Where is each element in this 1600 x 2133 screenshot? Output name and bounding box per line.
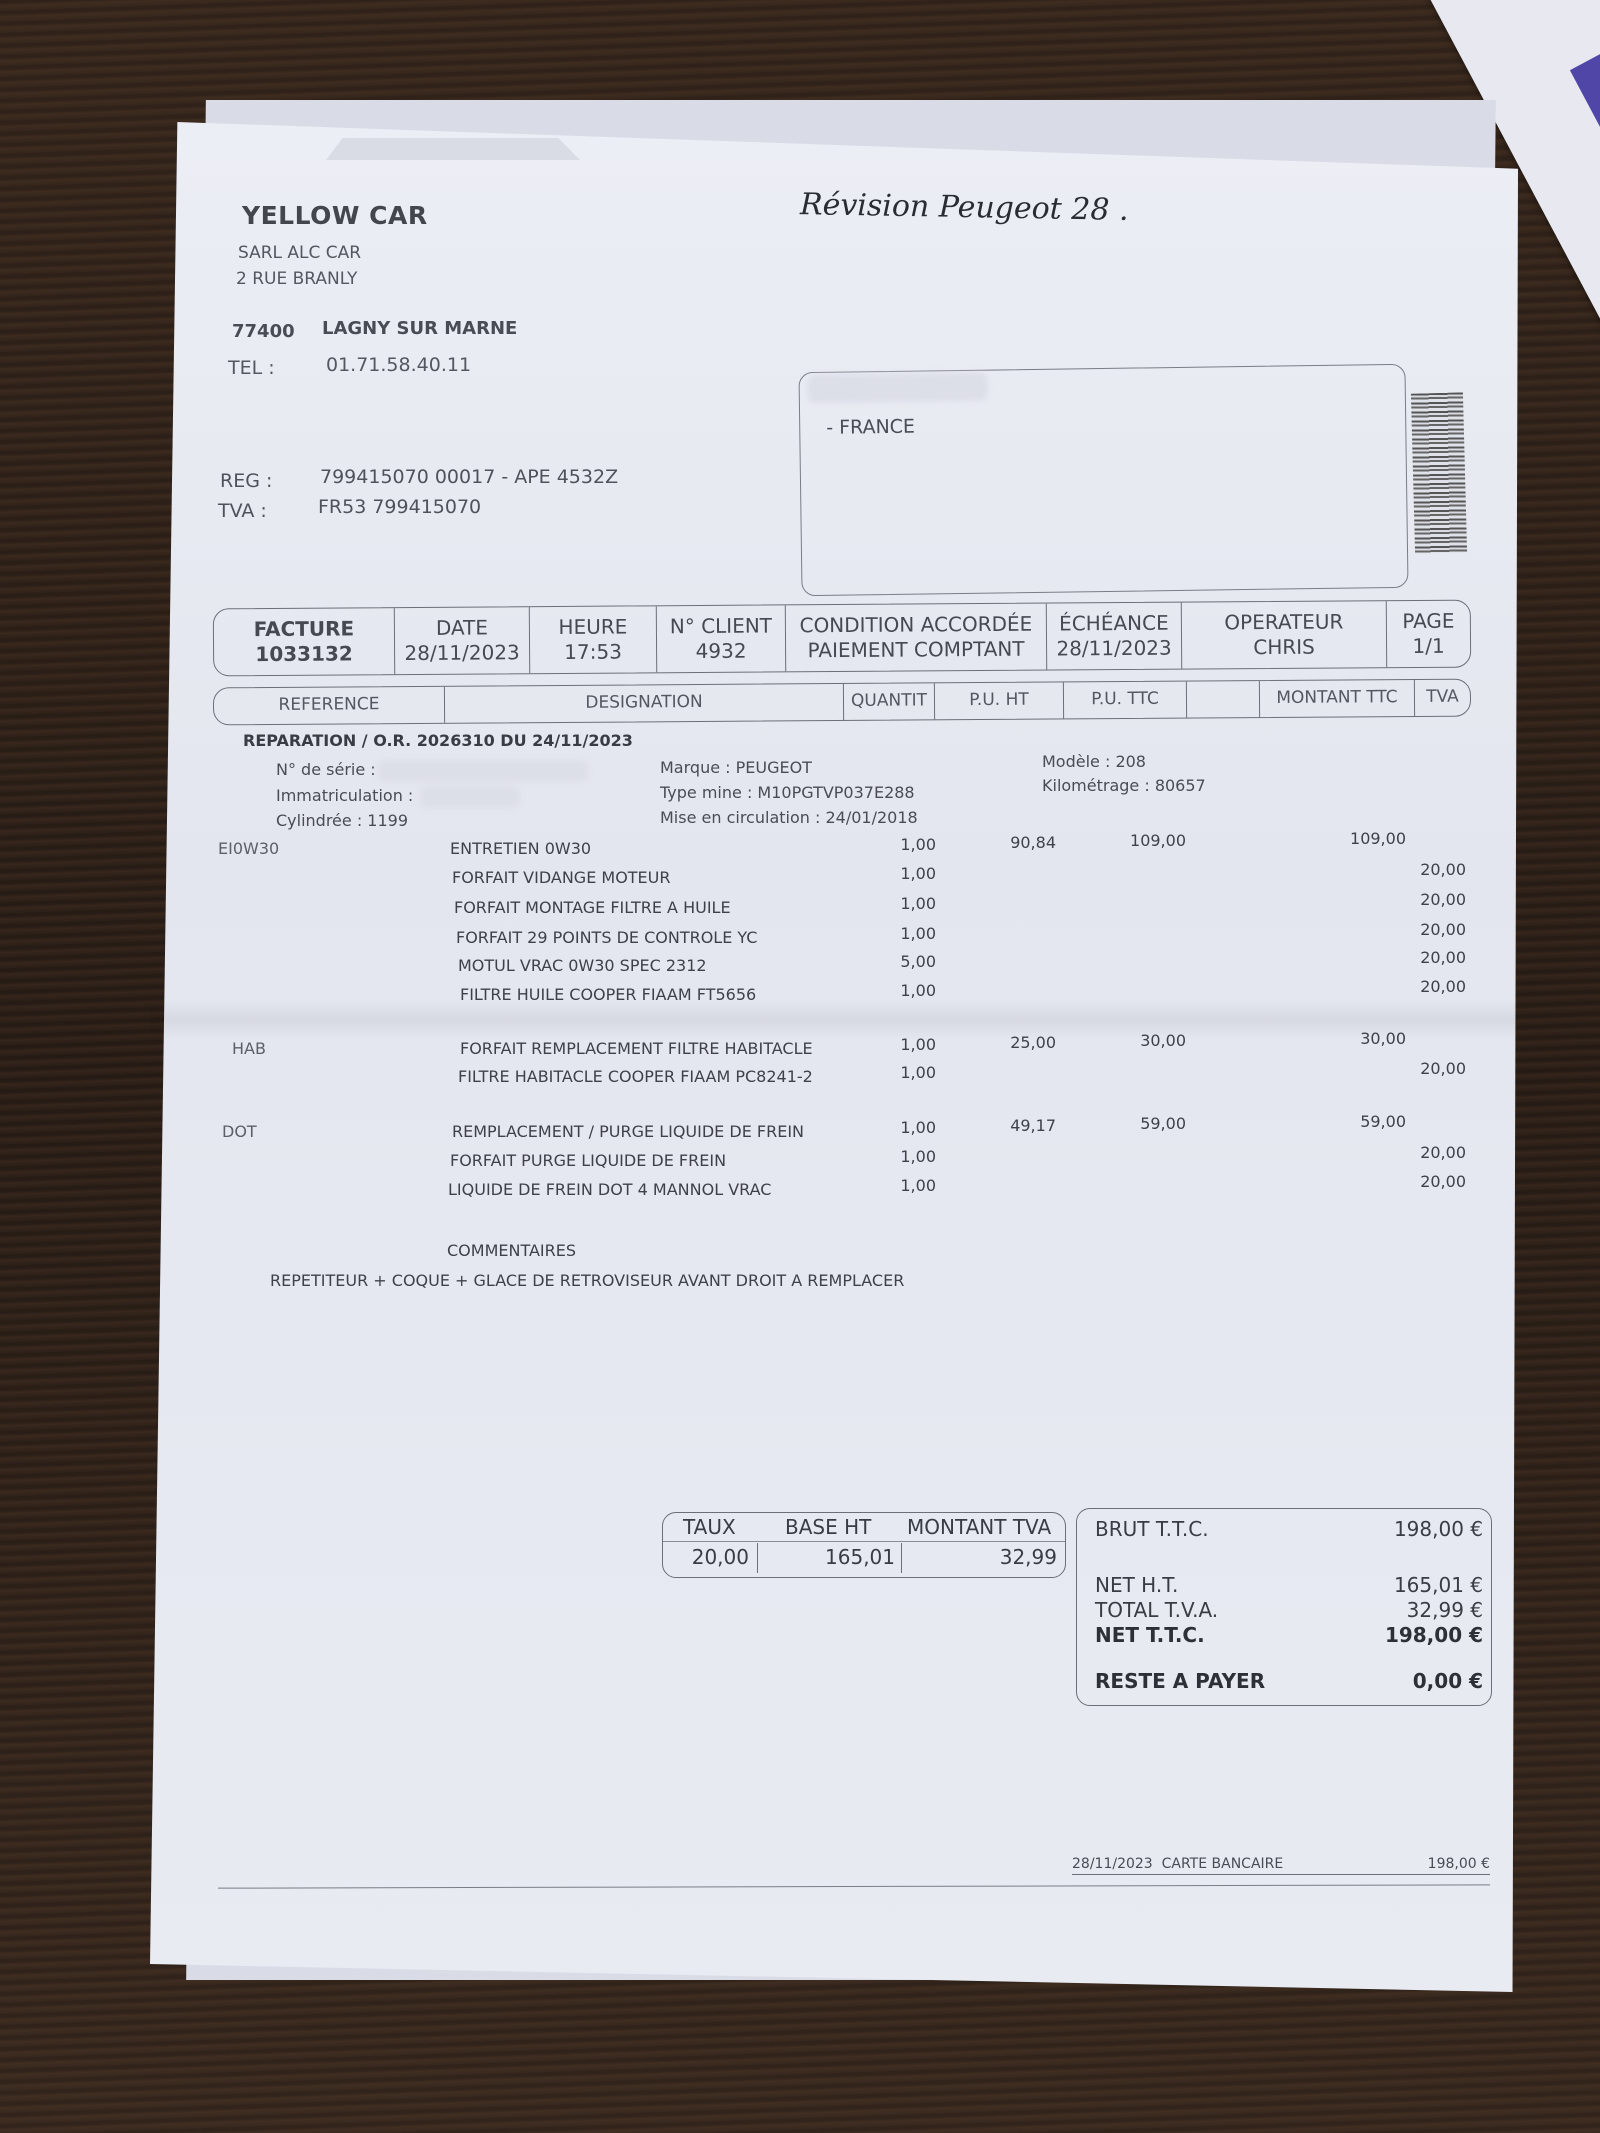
col-reference: REFERENCE — [214, 687, 445, 725]
company-street: 2 RUE BRANLY — [236, 269, 357, 289]
line-quantity: 1,00 — [850, 835, 936, 854]
line-designation: FORFAIT 29 POINTS DE CONTROLE YC — [456, 928, 757, 947]
header-cell-condition: CONDITION ACCORDÉE PAIEMENT COMPTANT — [786, 604, 1047, 672]
client-number: 4932 — [696, 639, 747, 664]
date-label: DATE — [436, 615, 488, 640]
due-date-label: ÉCHÉANCE — [1059, 611, 1169, 637]
vat-rate: 20,00 — [692, 1545, 749, 1569]
due-date: 28/11/2023 — [1056, 636, 1171, 662]
payment-condition: PAIEMENT COMPTANT — [808, 637, 1025, 664]
invoice-time: 17:53 — [564, 640, 622, 665]
vat-base-header: BASE HT — [785, 1515, 871, 1539]
line-vat-rate: 20,00 — [1380, 1143, 1466, 1162]
line-quantity: 1,00 — [850, 1147, 936, 1166]
client-country: - FRANCE — [826, 416, 915, 439]
redacted-client-name — [808, 373, 988, 404]
vehicle-brand: Marque : PEUGEOT — [660, 758, 812, 777]
col-pu-ht: P.U. HT — [935, 682, 1064, 719]
comments-text: REPETITEUR + COQUE + GLACE DE RETROVISEU… — [270, 1271, 904, 1290]
line-designation: MOTUL VRAC 0W30 SPEC 2312 — [458, 956, 707, 975]
line-quantity: 1,00 — [850, 1063, 936, 1082]
vehicle-mileage: Kilométrage : 80657 — [1042, 776, 1206, 795]
header-cell-echeance: ÉCHÉANCE 28/11/2023 — [1047, 603, 1182, 670]
reste-a-payer-value: 0,00 € — [1413, 1669, 1483, 1693]
vat-rate-header: TAUX — [683, 1515, 736, 1539]
line-quantity: 1,00 — [850, 924, 936, 943]
vehicle-first-registration: Mise en circulation : 24/01/2018 — [660, 808, 918, 827]
client-number-label: N° CLIENT — [670, 613, 772, 639]
page-number: 1/1 — [1412, 634, 1444, 659]
vehicle-type-mine: Type mine : M10PGTVP037E288 — [660, 783, 915, 802]
net-ht-label: NET H.T. — [1095, 1573, 1178, 1597]
line-amount-ttc: 30,00 — [1320, 1029, 1406, 1048]
line-vat-rate: 20,00 — [1380, 1059, 1466, 1078]
line-reference: HAB — [232, 1039, 266, 1058]
invoice-date: 28/11/2023 — [404, 640, 519, 666]
facture-label: FACTURE — [254, 616, 355, 642]
col-blank — [1187, 681, 1260, 718]
line-designation: FORFAIT PURGE LIQUIDE DE FREIN — [450, 1151, 726, 1170]
operator-label: OPERATEUR — [1224, 609, 1343, 635]
net-ttc-label: NET T.T.C. — [1095, 1623, 1205, 1647]
col-montant-ttc: MONTANT TTC — [1260, 680, 1415, 717]
tel-label: TEL : — [228, 357, 275, 379]
vat-amount-header: MONTANT TVA — [907, 1515, 1051, 1539]
line-vat-rate: 20,00 — [1380, 977, 1466, 996]
col-quantity: QUANTIT — [844, 683, 935, 720]
payment-info: 28/11/2023 CARTE BANCAIRE — [1072, 1856, 1283, 1872]
line-designation: FILTRE HABITACLE COOPER FIAAM PC8241-2 — [458, 1067, 813, 1086]
net-ht-row: NET H.T. 165,01 € — [1095, 1573, 1483, 1597]
line-designation: LIQUIDE DE FREIN DOT 4 MANNOL VRAC — [448, 1180, 771, 1199]
company-phone: 01.71.58.40.11 — [326, 354, 471, 376]
line-unit-price-ht: 49,17 — [970, 1116, 1056, 1135]
line-items-column-headers: REFERENCE DESIGNATION QUANTIT P.U. HT P.… — [213, 679, 1471, 726]
displacement: Cylindrée : 1199 — [276, 811, 408, 830]
brut-ttc-row: BRUT T.T.C. 198,00 € — [1095, 1517, 1483, 1541]
totals-box: BRUT T.T.C. 198,00 € NET H.T. 165,01 € T… — [1076, 1508, 1492, 1706]
line-quantity: 1,00 — [850, 894, 936, 913]
net-ttc-row: NET T.T.C. 198,00 € — [1095, 1623, 1483, 1647]
line-vat-rate: 20,00 — [1380, 948, 1466, 967]
total-tva-row: TOTAL T.V.A. 32,99 € — [1095, 1598, 1483, 1622]
line-vat-rate: 20,00 — [1380, 890, 1466, 909]
brut-ttc-label: BRUT T.T.C. — [1095, 1517, 1209, 1541]
company-name: YELLOW CAR — [242, 201, 428, 230]
reste-a-payer-row: RESTE A PAYER 0,00 € — [1095, 1669, 1483, 1693]
vehicle-model: Modèle : 208 — [1042, 752, 1146, 771]
operator-name: CHRIS — [1253, 635, 1315, 660]
line-unit-price-ttc: 30,00 — [1100, 1031, 1186, 1050]
reste-a-payer-label: RESTE A PAYER — [1095, 1669, 1265, 1693]
condition-label: CONDITION ACCORDÉE — [799, 612, 1032, 639]
time-label: HEURE — [558, 614, 627, 639]
handwritten-note: Révision Peugeot 28 . — [800, 187, 1129, 228]
line-quantity: 1,00 — [850, 864, 936, 883]
line-unit-price-ht: 90,84 — [970, 833, 1056, 852]
line-quantity: 5,00 — [850, 952, 936, 971]
line-designation: FILTRE HUILE COOPER FIAAM FT5656 — [460, 985, 756, 1004]
comments-title: COMMENTAIRES — [447, 1241, 576, 1260]
company-vat-number: FR53 799415070 — [318, 496, 481, 518]
line-quantity: 1,00 — [850, 1118, 936, 1137]
header-cell-facture: FACTURE 1033132 — [214, 608, 395, 675]
footer-divider — [218, 1884, 1490, 1888]
line-vat-rate: 20,00 — [1380, 860, 1466, 879]
line-reference: DOT — [222, 1122, 257, 1141]
line-amount-ttc: 59,00 — [1320, 1112, 1406, 1131]
page-label: PAGE — [1402, 609, 1454, 634]
line-designation: ENTRETIEN 0W30 — [450, 839, 591, 858]
header-cell-client: N° CLIENT 4932 — [657, 605, 786, 672]
col-tva: TVA — [1415, 680, 1470, 716]
invoice-number: 1033132 — [255, 641, 353, 667]
line-unit-price-ttc: 59,00 — [1100, 1114, 1186, 1133]
client-address-box: - FRANCE — [798, 364, 1408, 596]
net-ttc-value: 198,00 € — [1385, 1623, 1483, 1647]
vat-col-divider — [757, 1543, 758, 1573]
total-tva-label: TOTAL T.V.A. — [1095, 1598, 1218, 1622]
line-quantity: 1,00 — [850, 1035, 936, 1054]
net-ht-value: 165,01 € — [1394, 1573, 1483, 1597]
line-designation: FORFAIT VIDANGE MOTEUR — [452, 868, 671, 887]
total-tva-value: 32,99 € — [1407, 1598, 1483, 1622]
invoice-header-table: FACTURE 1033132 DATE 28/11/2023 HEURE 17… — [213, 600, 1471, 677]
col-designation: DESIGNATION — [445, 684, 844, 723]
line-unit-price-ttc: 109,00 — [1100, 831, 1186, 850]
vat-amount: 32,99 — [1000, 1545, 1057, 1569]
company-city: LAGNY SUR MARNE — [322, 318, 517, 339]
serial-number-label: N° de série : — [276, 760, 376, 779]
line-designation: REMPLACEMENT / PURGE LIQUIDE DE FREIN — [452, 1122, 804, 1141]
line-vat-rate: 20,00 — [1380, 1172, 1466, 1191]
payment-date: 28/11/2023 — [1072, 1856, 1153, 1872]
vat-col-divider — [901, 1543, 902, 1573]
company-siret: 799415070 00017 - APE 4532Z — [320, 466, 618, 488]
redacted-registration — [420, 786, 520, 808]
line-designation: FORFAIT MONTAGE FILTRE A HUILE — [454, 898, 731, 917]
payment-line: 28/11/2023 CARTE BANCAIRE 198,00 € — [1072, 1856, 1490, 1875]
line-unit-price-ht: 25,00 — [970, 1033, 1056, 1052]
reg-label: REG : — [220, 470, 272, 492]
col-pu-ttc: P.U. TTC — [1064, 682, 1187, 719]
vat-header-divider — [663, 1541, 1065, 1542]
company-legal-name: SARL ALC CAR — [238, 243, 361, 263]
payment-amount: 198,00 € — [1428, 1856, 1490, 1872]
line-reference: EI0W30 — [218, 839, 279, 858]
company-postcode: 77400 — [232, 321, 295, 342]
registration-label: Immatriculation : — [276, 786, 413, 805]
brut-ttc-value: 198,00 € — [1394, 1517, 1483, 1541]
header-cell-date: DATE 28/11/2023 — [395, 607, 530, 674]
line-quantity: 1,00 — [850, 1176, 936, 1195]
payment-method: CARTE BANCAIRE — [1162, 1856, 1284, 1872]
tva-label: TVA : — [218, 500, 267, 522]
line-quantity: 1,00 — [850, 981, 936, 1000]
header-cell-heure: HEURE 17:53 — [530, 606, 657, 673]
repair-order-title: REPARATION / O.R. 2026310 DU 24/11/2023 — [243, 731, 633, 750]
barcode — [1411, 392, 1467, 553]
vat-base: 165,01 — [825, 1545, 895, 1569]
header-cell-operateur: OPERATEUR CHRIS — [1182, 601, 1387, 668]
header-cell-page: PAGE 1/1 — [1387, 601, 1470, 668]
vat-summary-box: TAUX BASE HT MONTANT TVA 20,00 165,01 32… — [662, 1512, 1066, 1578]
line-vat-rate: 20,00 — [1380, 920, 1466, 939]
redacted-serial-number — [378, 760, 588, 782]
line-amount-ttc: 109,00 — [1320, 829, 1406, 848]
line-designation: FORFAIT REMPLACEMENT FILTRE HABITACLE — [460, 1039, 813, 1058]
invoice-document: YELLOW CAR SARL ALC CAR 2 RUE BRANLY 774… — [0, 0, 1600, 2133]
